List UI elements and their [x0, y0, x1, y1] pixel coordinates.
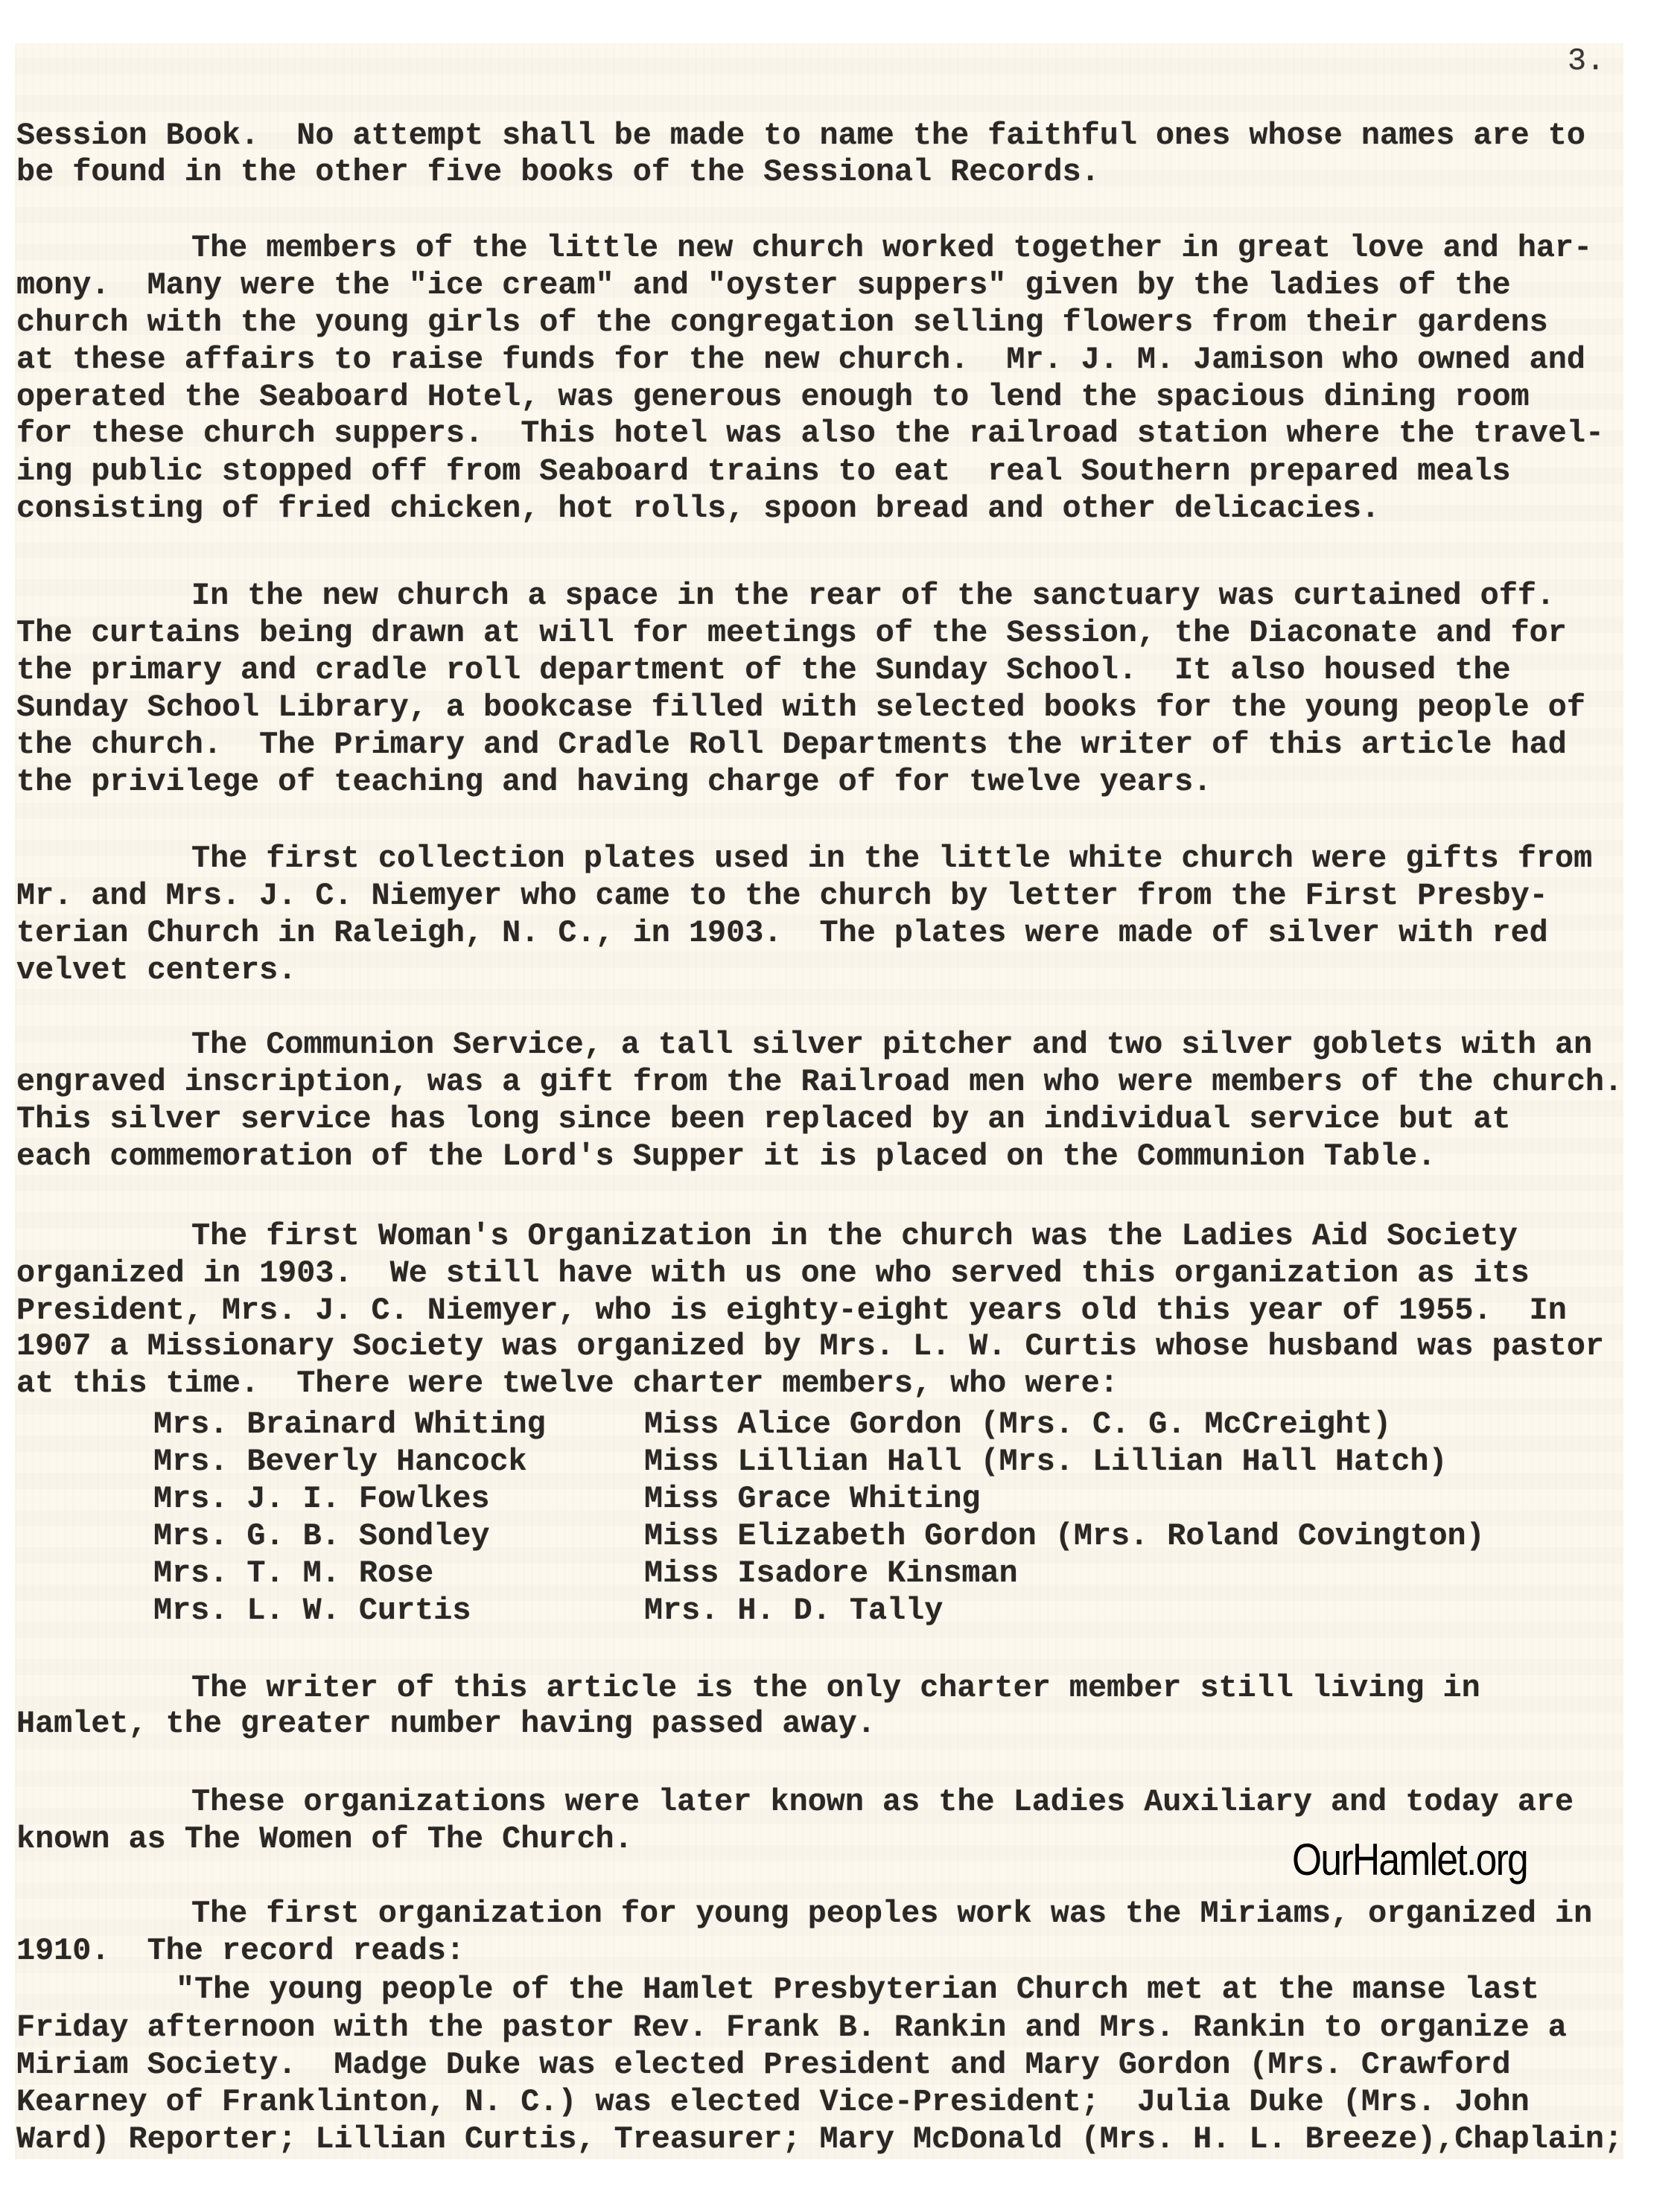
- charter-member: Miss Lillian Hall (Mrs. Lillian Hall Hat…: [644, 1443, 1448, 1480]
- paragraph-4-line-1: The first collection plates used in the …: [191, 840, 1592, 877]
- paragraph-4-line-3: terian Church in Raleigh, N. C., in 1903…: [16, 914, 1548, 952]
- paragraph-1-line-1: Session Book. No attempt shall be made t…: [16, 117, 1585, 154]
- charter-member: Mrs. Beverly Hancock: [153, 1443, 527, 1480]
- quote-line-1: "The young people of the Hamlet Presbyte…: [176, 1971, 1539, 2008]
- paragraph-2-line-2: mony. Many were the "ice cream" and "oys…: [16, 267, 1511, 304]
- quote-line-3: Miriam Society. Madge Duke was elected P…: [16, 2046, 1511, 2083]
- paragraph-5-line-4: each commemoration of the Lord's Supper …: [16, 1138, 1436, 1175]
- charter-member: Miss Elizabeth Gordon (Mrs. Roland Covin…: [644, 1517, 1485, 1555]
- paragraph-6-line-1: The first Woman's Organization in the ch…: [191, 1217, 1518, 1255]
- charter-member: Mrs. L. W. Curtis: [153, 1592, 471, 1629]
- paragraph-6-line-4: 1907 a Missionary Society was organized …: [16, 1328, 1604, 1365]
- paragraph-2-line-4: at these affairs to raise funds for the …: [16, 341, 1585, 378]
- paragraph-2-line-5: operated the Seaboard Hotel, was generou…: [16, 378, 1530, 415]
- paragraph-2-line-3: church with the young girls of the congr…: [16, 304, 1548, 341]
- paragraph-8-line-1: These organizations were later known as …: [191, 1783, 1574, 1820]
- paragraph-5-line-1: The Communion Service, a tall silver pit…: [191, 1026, 1592, 1063]
- paragraph-7-line-2: Hamlet, the greater number having passed…: [16, 1705, 876, 1742]
- paragraph-8-line-2: known as The Women of The Church.: [16, 1820, 633, 1858]
- paragraph-6-line-5: at this time. There were twelve charter …: [16, 1365, 1119, 1402]
- paragraph-5-line-2: engraved inscription, was a gift from th…: [16, 1063, 1623, 1100]
- quote-line-2: Friday afternoon with the pastor Rev. Fr…: [16, 2009, 1567, 2046]
- charter-member: Miss Isadore Kinsman: [644, 1555, 1018, 1592]
- charter-member: Mrs. Brainard Whiting: [153, 1406, 546, 1443]
- quote-line-5: Ward) Reporter; Lillian Curtis, Treasure…: [16, 2121, 1623, 2158]
- charter-member: Miss Alice Gordon (Mrs. C. G. McCreight): [644, 1406, 1391, 1443]
- paragraph-6-line-2: organized in 1903. We still have with us…: [16, 1255, 1530, 1292]
- paragraph-3-line-3: the primary and cradle roll department o…: [16, 652, 1511, 689]
- charter-member: Mrs. T. M. Rose: [153, 1555, 433, 1592]
- paragraph-1-line-2: be found in the other five books of the …: [16, 153, 1100, 191]
- paragraph-3-line-2: The curtains being drawn at will for mee…: [16, 614, 1567, 652]
- charter-member: Mrs. G. B. Sondley: [153, 1517, 489, 1555]
- paragraph-9-line-2: 1910. The record reads:: [16, 1932, 465, 1969]
- paragraph-4-line-4: velvet centers.: [16, 952, 296, 989]
- paragraph-2-line-1: The members of the little new church wor…: [191, 229, 1592, 267]
- paragraph-7-line-1: The writer of this article is the only c…: [191, 1669, 1480, 1707]
- charter-member: Mrs. J. I. Fowlkes: [153, 1480, 489, 1517]
- paragraph-3-line-1: In the new church a space in the rear of…: [191, 577, 1555, 614]
- paragraph-3-line-6: the privilege of teaching and having cha…: [16, 763, 1212, 800]
- paragraph-5-line-3: This silver service has long since been …: [16, 1100, 1511, 1138]
- charter-member: Mrs. H. D. Tally: [644, 1592, 943, 1629]
- page-number: 3.: [1568, 42, 1605, 80]
- charter-member: Miss Grace Whiting: [644, 1480, 980, 1517]
- paragraph-2-line-7: ing public stopped off from Seaboard tra…: [16, 453, 1511, 490]
- paragraph-3-line-5: the church. The Primary and Cradle Roll …: [16, 726, 1567, 763]
- paragraph-2-line-8: consisting of fried chicken, hot rolls, …: [16, 490, 1380, 527]
- paragraph-2-line-6: for these church suppers. This hotel was…: [16, 415, 1604, 452]
- paragraph-4-line-2: Mr. and Mrs. J. C. Niemyer who came to t…: [16, 877, 1548, 914]
- ourhamlet-watermark: OurHamlet.org: [1292, 1836, 1527, 1884]
- quote-line-4: Kearney of Franklinton, N. C.) was elect…: [16, 2083, 1530, 2121]
- paragraph-3-line-4: Sunday School Library, a bookcase filled…: [16, 689, 1585, 726]
- paragraph-6-line-3: President, Mrs. J. C. Niemyer, who is ei…: [16, 1292, 1567, 1329]
- paragraph-9-line-1: The first organization for young peoples…: [191, 1895, 1592, 1932]
